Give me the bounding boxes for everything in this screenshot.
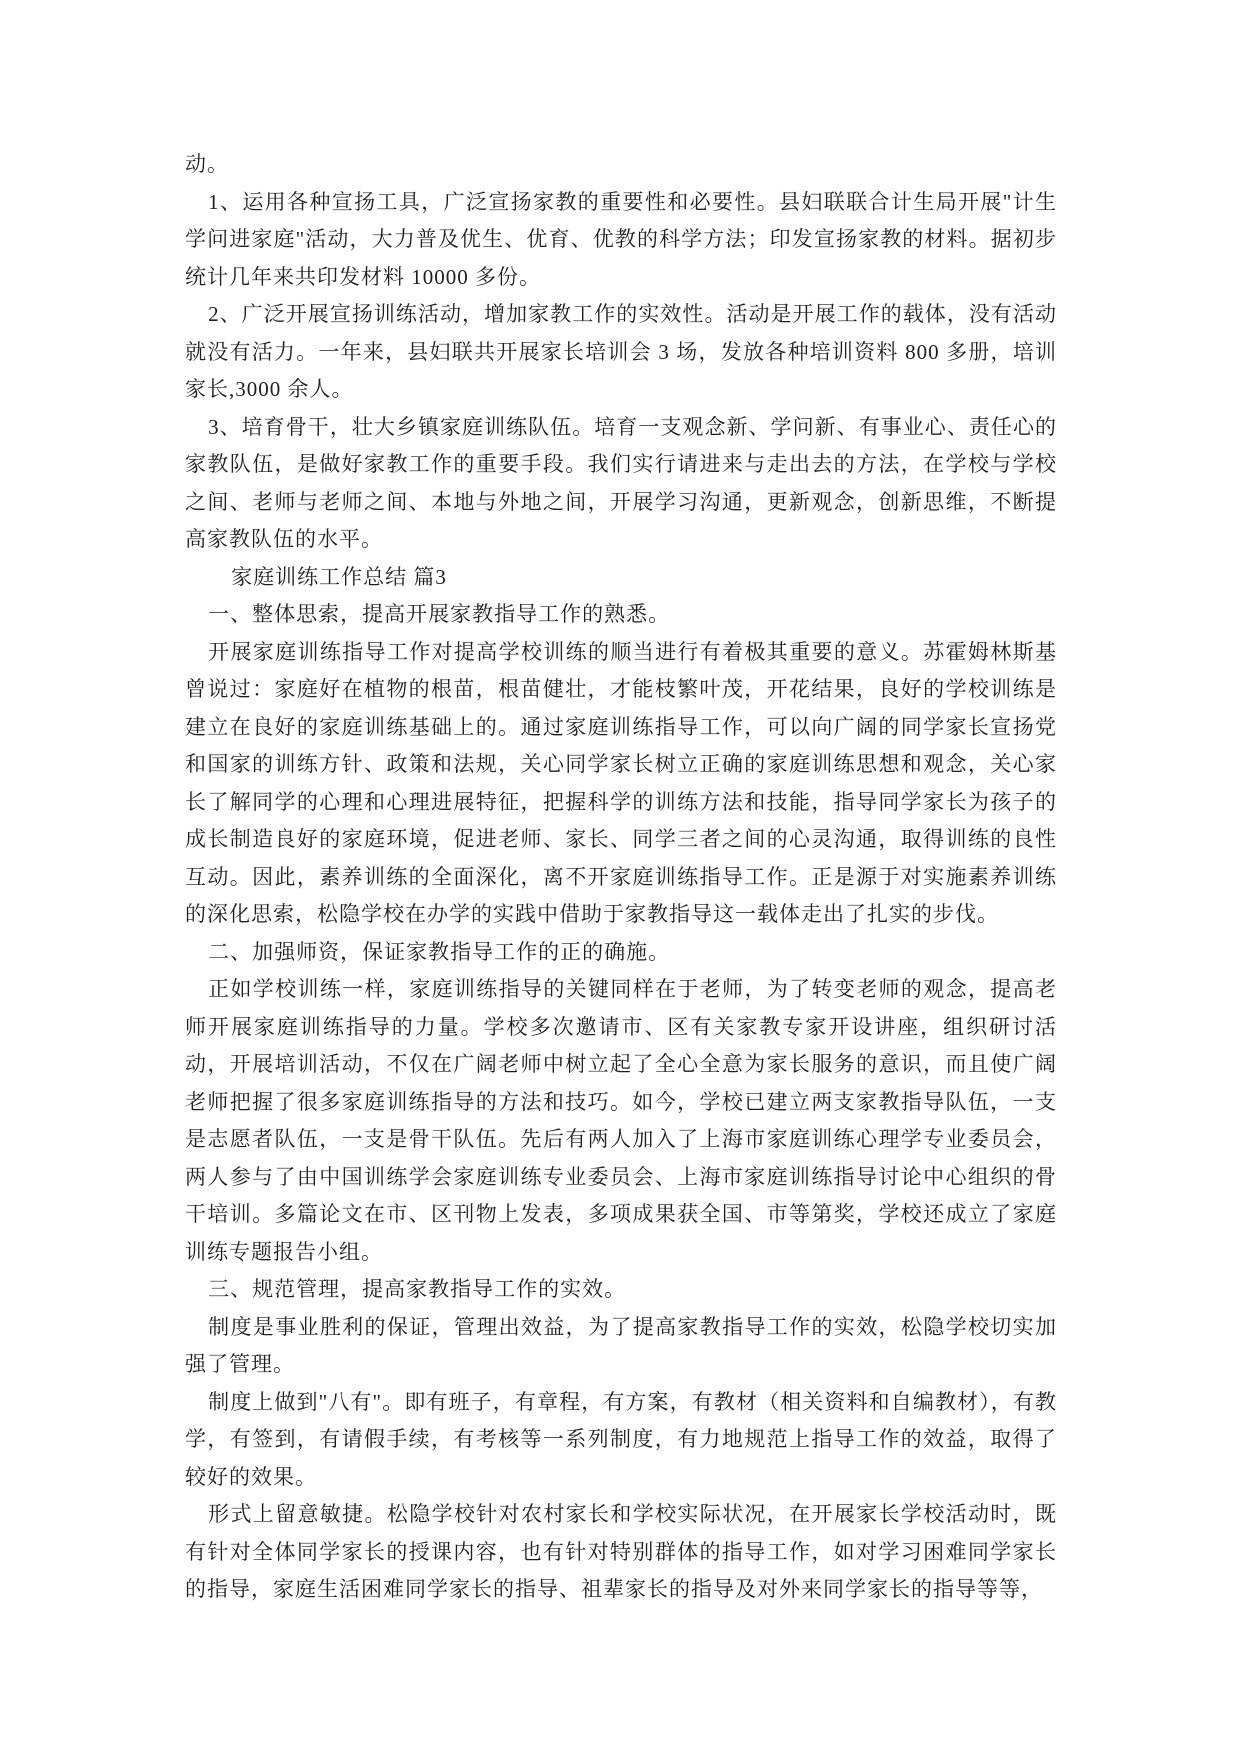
paragraph-body: 制度上做到"八有"。即有班子，有章程，有方案，有教材（相关资料和自编教材），有教… — [185, 1384, 1057, 1497]
paragraph-subheading-3: 三、规范管理，提高家教指导工作的实效。 — [185, 1271, 1057, 1309]
paragraph-numbered-item-3: 3、培育骨干，壮大乡镇家庭训练队伍。培育一支观念新、学问新、有事业心、责任心的家… — [185, 409, 1057, 559]
paragraph-body: 形式上留意敏捷。松隐学校针对农村家长和学校实际状况，在开展家长学校活动时，既有针… — [185, 1496, 1057, 1609]
document-page: 动。 1、运用各种宣扬工具，广泛宣扬家教的重要性和必要性。县妇联联合计生局开展"… — [0, 0, 1240, 1753]
paragraph-numbered-item-1: 1、运用各种宣扬工具，广泛宣扬家教的重要性和必要性。县妇联联合计生局开展"计生学… — [185, 184, 1057, 297]
paragraph-continuation: 动。 — [185, 146, 1057, 184]
document-body: 动。 1、运用各种宣扬工具，广泛宣扬家教的重要性和必要性。县妇联联合计生局开展"… — [185, 146, 1057, 1609]
paragraph-numbered-item-2: 2、广泛开展宣扬训练活动，增加家教工作的实效性。活动是开展工作的载体，没有活动就… — [185, 296, 1057, 409]
paragraph-body: 正如学校训练一样，家庭训练指导的关键同样在于老师，为了转变老师的观念，提高老师开… — [185, 971, 1057, 1271]
section-title: 家庭训练工作总结 篇3 — [185, 559, 1057, 597]
paragraph-body: 制度是事业胜利的保证，管理出效益，为了提高家教指导工作的实效，松隐学校切实加强了… — [185, 1309, 1057, 1384]
paragraph-body: 开展家庭训练指导工作对提高学校训练的顺当进行有着极其重要的意义。苏霍姆林斯基曾说… — [185, 634, 1057, 934]
paragraph-subheading-1: 一、整体思索，提高开展家教指导工作的熟悉。 — [185, 596, 1057, 634]
paragraph-subheading-2: 二、加强师资，保证家教指导工作的正的确施。 — [185, 934, 1057, 972]
